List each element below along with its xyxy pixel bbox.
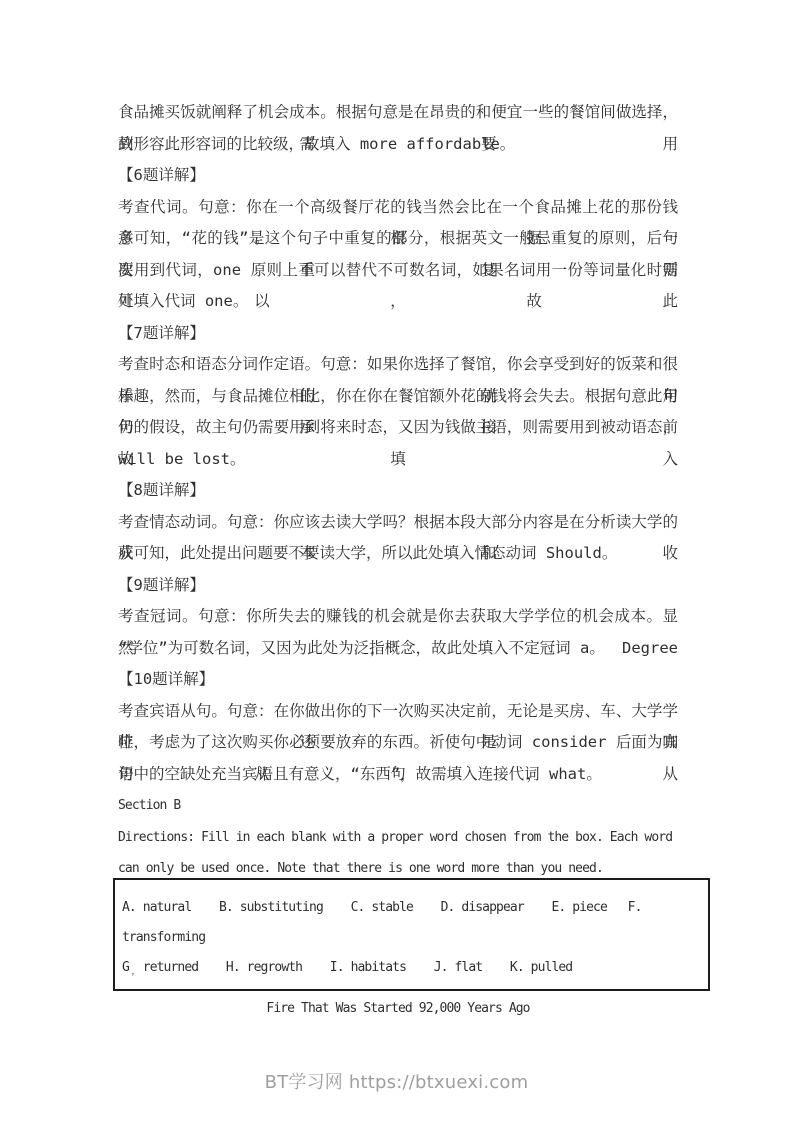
text-line: 食品摊买饭就阐释了机会成本。根据句意是在昂贵的和便宜一些的餐馆间做选择，故需要用 [118,97,678,129]
watermark-footer: BT学习网 https://btxuexi.com [0,1068,793,1094]
directions-line: Directions: Fill in each blank with a pr… [118,822,678,854]
text-line: 句中的空缺处充当宾语且有意义，“东西”，故需填入连接代词 what。 [118,759,678,791]
section-b-heading: Section B [118,790,678,822]
answer-explanations: 食品摊买饭就阐释了机会成本。根据句意是在昂贵的和便宜一些的餐馆间做选择，故需要用… [118,97,678,1020]
exam-answer-page: 食品摊买饭就阐释了机会成本。根据句意是在昂贵的和便宜一些的餐馆间做选择，故需要用… [0,0,793,1122]
text-line: “学位”为可数名词，又因为此处为泛指概念，故此处填入不定冠词 a。 [118,633,678,665]
explanation-heading-8: 【8题详解】 [118,475,678,507]
explanation-heading-9: 【9题详解】 [118,570,678,602]
word-bank-row: G returned H. regrowth I. habitats J. fl… [122,953,702,983]
text-line: 考查宾语从句。句意：在你做出你的下一次购买决定前，无论是买房、车、大学学位还是咖 [118,696,678,728]
text-line: 啡，考虑为了这次购买你必须要放弃的东西。祈使句中动词 consider 后面为宾… [118,727,678,759]
text-line: 句的假设，故主句仍需要用到将来时态，又因为钱做主语，则需要用到被动语态，故填入 [118,412,678,444]
word-bank-row: transforming [122,923,702,953]
text-line: 意可知，“花的钱”是这个句子中重复的部分，根据英文一般忌重复的原则，后一次重复需 [118,223,678,255]
passage-title: Fire That Was Started 92,000 Years Ago [118,998,678,1020]
text-line: 获可知，此处提出问题要不要读大学，所以此处填入情态动词 Should。 [118,538,678,570]
text-line: 考查代词。句意：你在一个高级餐厅花的钱当然会比在一个食品摊上花的那份钱多。根据句 [118,192,678,224]
answer-text: 食品摊买饭就阐释了机会成本。根据句意是在昂贵的和便宜一些的餐馆间做选择，故需要用… [118,97,678,885]
explanation-heading-10: 【10题详解】 [118,664,678,696]
text-line: 要用到代词，one 原则上不可以替代不可数名词，如果名词用一份等词量化时则可以，… [118,255,678,287]
word-bank-row: A. natural B. substituting C. stable D. … [122,893,702,923]
text-line: 考查时态和语态分词作定语。句意：如果你选择了餐馆，你会享受到好的饭菜和很棒的就用 [118,349,678,381]
text-line: 考查情态动词。句意：你应该去读大学吗？根据本段大部分内容是在分析读大学的成本和收 [118,507,678,539]
text-line: 乐趣，然而，与食品摊位相比，你在你在餐馆额外花的钱将会失去。根据句意此句仍承接前 [118,381,678,413]
word-bank-box: A. natural B. substituting C. stable D. … [113,878,710,991]
explanation-heading-7: 【7题详解】 [118,318,678,350]
text-line: 考查冠词。句意：你所失去的赚钱的机会就是你去获取大学学位的机会成本。显然，Deg… [118,601,678,633]
stray-mark: ’ [131,972,135,983]
explanation-heading-6: 【6题详解】 [118,160,678,192]
